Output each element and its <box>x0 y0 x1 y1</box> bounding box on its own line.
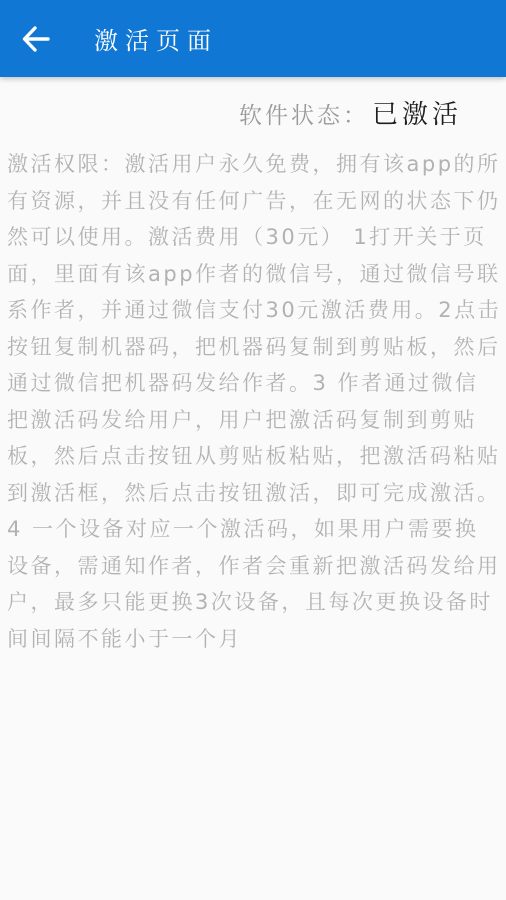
content-area: 软件状态： 已激活 激活权限：激活用户永久免费，拥有该app的所有资源，并且没有… <box>0 94 506 657</box>
software-status-value: 已激活 <box>372 94 462 131</box>
back-button[interactable] <box>12 15 60 63</box>
app-bar: 激活页面 <box>0 0 506 77</box>
arrow-left-icon <box>20 23 52 55</box>
activation-screen: 激活页面 软件状态： 已激活 激活权限：激活用户永久免费，拥有该app的所有资源… <box>0 0 506 900</box>
software-status-row: 软件状态： 已激活 <box>0 94 506 131</box>
software-status-label: 软件状态： <box>239 97 369 130</box>
activation-instructions-paragraph: 激活权限：激活用户永久免费，拥有该app的所有资源，并且没有任何广告，在无网的状… <box>0 146 506 657</box>
page-title: 激活页面 <box>94 21 218 56</box>
